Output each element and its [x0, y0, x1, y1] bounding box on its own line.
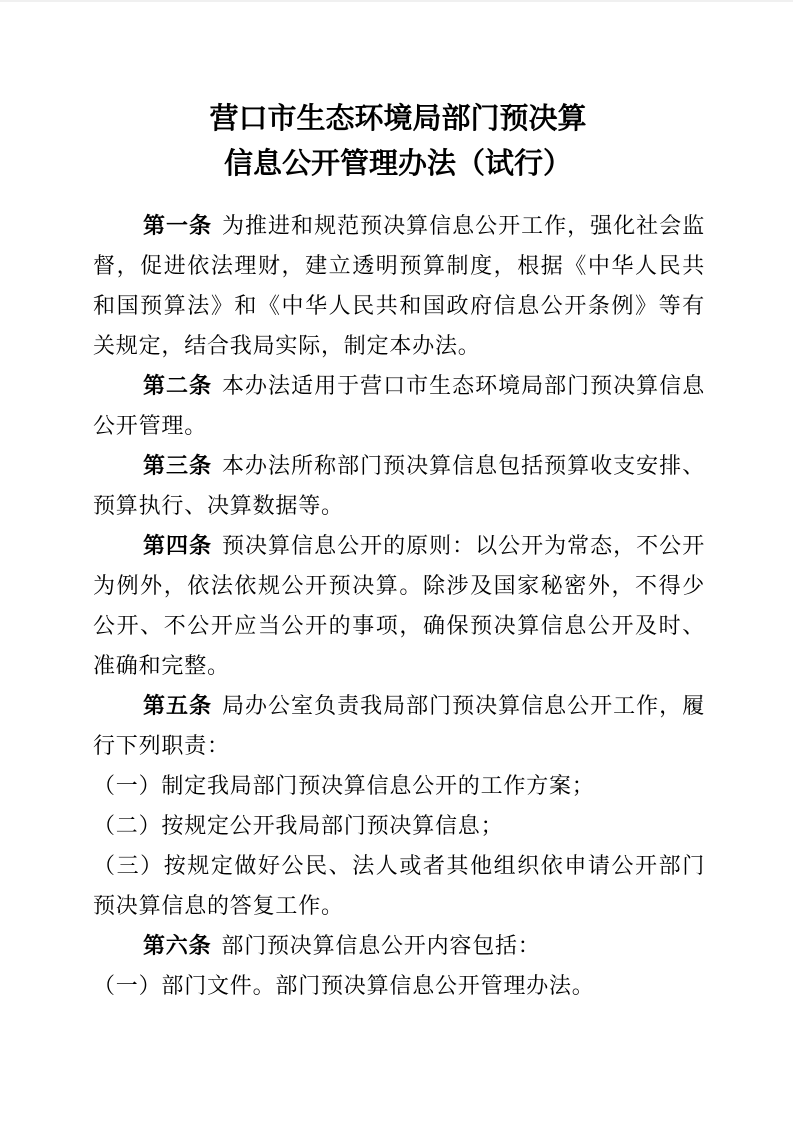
article-number-label: 第二条: [143, 373, 212, 398]
article-number-label: 第一条: [143, 213, 212, 238]
article-paragraph: 第三条本办法所称部门预决算信息包括预算收支安排、预算执行、决算数据等。: [93, 446, 705, 526]
document-body: 第一条为推进和规范预决算信息公开工作，强化社会监督，促进依法理财，建立透明预算制…: [93, 206, 705, 1006]
paragraph-text: （一）制定我局部门预决算信息公开的工作方案；: [93, 773, 595, 798]
article-paragraph: 第一条为推进和规范预决算信息公开工作，强化社会监督，促进依法理财，建立透明预算制…: [93, 206, 705, 366]
paragraph-text: （一）部门文件。部门预决算信息公开管理办法。: [93, 973, 595, 998]
list-item-paragraph: （一）制定我局部门预决算信息公开的工作方案；: [93, 766, 705, 806]
article-number-label: 第四条: [143, 533, 212, 558]
list-item-paragraph: （二）按规定公开我局部门预决算信息；: [93, 806, 705, 846]
list-item-paragraph: （三）按规定做好公民、法人或者其他组织依申请公开部门预决算信息的答复工作。: [93, 846, 705, 926]
list-item-paragraph: （一）部门文件。部门预决算信息公开管理办法。: [93, 966, 705, 1006]
article-number-label: 第五条: [143, 693, 212, 718]
article-paragraph: 第五条局办公室负责我局部门预决算信息公开工作，履行下列职责：: [93, 686, 705, 766]
document-title-line1: 营口市生态环境局部门预决算: [93, 97, 703, 142]
document-title: 营口市生态环境局部门预决算 信息公开管理办法（试行）: [93, 97, 703, 187]
document-page: 营口市生态环境局部门预决算 信息公开管理办法（试行） 第一条为推进和规范预决算信…: [0, 0, 793, 1122]
article-paragraph: 第四条预决算信息公开的原则：以公开为常态，不公开为例外，依法依规公开预决算。除涉…: [93, 526, 705, 686]
article-number-label: 第六条: [143, 933, 211, 958]
article-paragraph: 第六条部门预决算信息公开内容包括：: [93, 926, 705, 966]
article-paragraph: 第二条本办法适用于营口市生态环境局部门预决算信息公开管理。: [93, 366, 705, 446]
paragraph-text: 部门预决算信息公开内容包括：: [221, 933, 540, 958]
document-title-line2: 信息公开管理办法（试行）: [93, 142, 703, 187]
paragraph-text: （二）按规定公开我局部门预决算信息；: [93, 813, 503, 838]
paragraph-text: （三）按规定做好公民、法人或者其他组织依申请公开部门预决算信息的答复工作。: [93, 853, 705, 918]
article-number-label: 第三条: [143, 453, 212, 478]
